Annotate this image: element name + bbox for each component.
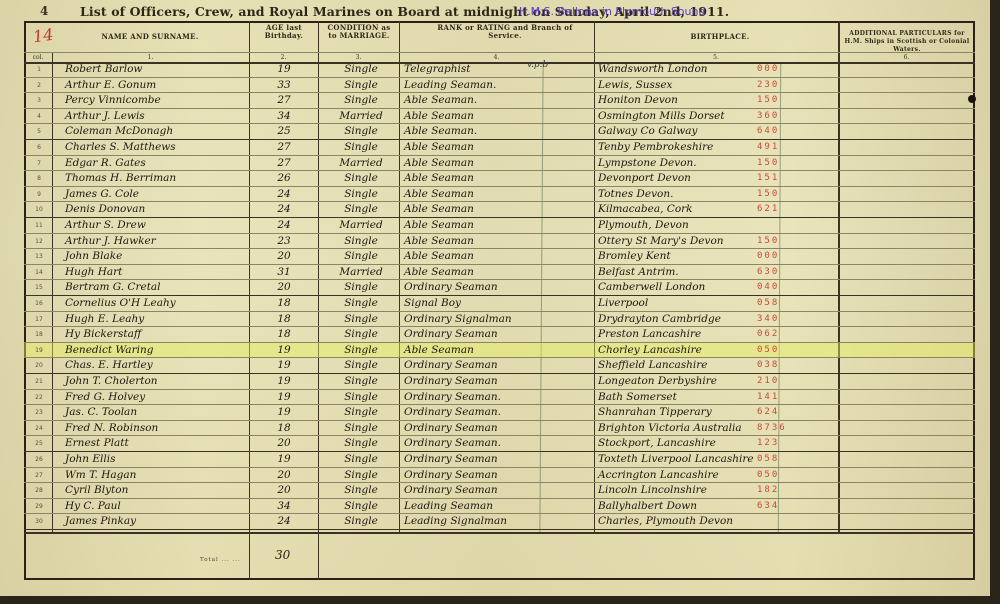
- colnum-4: 4.: [399, 54, 594, 61]
- row-number: 30: [26, 514, 52, 530]
- table-row: 17Hugh E. Leahy18SingleOrdinary Signalma…: [24, 312, 975, 328]
- table-row: 2Arthur E. Gonum33SingleLeading Seaman.L…: [24, 78, 975, 94]
- condition-cell: Single: [320, 436, 402, 452]
- margin-mark: 14: [32, 25, 55, 47]
- rank-cell: Able Seaman: [404, 140, 474, 156]
- age-cell: 34: [250, 109, 318, 125]
- age-cell: 27: [250, 93, 318, 109]
- rank-cell: Able Seaman.: [404, 93, 477, 109]
- age-cell: 19: [250, 390, 318, 406]
- condition-cell: Single: [320, 499, 402, 515]
- condition-cell: Single: [320, 124, 402, 140]
- condition-cell: Single: [320, 390, 402, 406]
- code-cell: 491: [757, 140, 779, 156]
- age-cell: 33: [250, 78, 318, 94]
- age-cell: 23: [250, 234, 318, 250]
- rank-cell: Able Seaman: [404, 202, 474, 218]
- total-rule: [24, 532, 975, 534]
- rank-cell: Ordinary Seaman: [404, 374, 498, 390]
- birthplace-cell: Bath Somerset: [598, 390, 677, 406]
- row-number: 20: [26, 358, 52, 374]
- rank-cell: Able Seaman: [404, 249, 474, 265]
- birthplace-cell: Longeaton Derbyshire: [598, 374, 717, 390]
- age-cell: 19: [250, 374, 318, 390]
- name-cell: Thomas H. Berriman: [65, 171, 176, 187]
- rank-cell: Ordinary Seaman.: [404, 390, 501, 406]
- total-value: 30: [275, 548, 290, 562]
- row-number: 18: [26, 327, 52, 343]
- condition-cell: Single: [320, 468, 402, 484]
- condition-cell: Single: [320, 452, 402, 468]
- age-cell: 18: [250, 421, 318, 437]
- name-cell: Chas. E. Hartley: [65, 358, 153, 374]
- birthplace-cell: Lewis, Sussex: [598, 78, 672, 94]
- age-cell: 24: [250, 514, 318, 530]
- name-cell: Robert Barlow: [65, 62, 142, 78]
- age-cell: 20: [250, 468, 318, 484]
- table-row: 20Chas. E. Hartley19SingleOrdinary Seama…: [24, 358, 975, 374]
- row-number: 28: [26, 483, 52, 499]
- row-number: 16: [26, 296, 52, 312]
- table-row: 28Cyril Blyton20SingleOrdinary SeamanLin…: [24, 483, 975, 499]
- name-cell: Ernest Platt: [65, 436, 129, 452]
- row-number: 8: [26, 171, 52, 187]
- code-cell: 621: [757, 202, 779, 218]
- rank-cell: Able Seaman: [404, 265, 474, 281]
- row-number: 12: [26, 234, 52, 250]
- rank-cell: Leading Seaman.: [404, 78, 496, 94]
- age-cell: 19: [250, 62, 318, 78]
- rank-cell: Able Seaman: [404, 171, 474, 187]
- table-row: 23Jas. C. Toolan19SingleOrdinary Seaman.…: [24, 405, 975, 421]
- birthplace-cell: Kilmacabea, Cork: [598, 202, 693, 218]
- colnum-5: 5.: [594, 54, 838, 61]
- condition-cell: Single: [320, 202, 402, 218]
- row-number: 27: [26, 468, 52, 484]
- row-rule: [24, 529, 975, 531]
- code-cell: 151: [757, 171, 779, 187]
- table-row: 16Cornelius O'H Leahy18SingleSignal BoyL…: [24, 296, 975, 312]
- rank-cell: Ordinary Seaman.: [404, 405, 501, 421]
- code-cell: 058: [757, 452, 779, 468]
- code-cell: 182: [757, 483, 779, 499]
- condition-cell: Single: [320, 483, 402, 499]
- table-row: 10Denis Donovan24SingleAble SeamanKilmac…: [24, 202, 975, 218]
- age-cell: 26: [250, 171, 318, 187]
- rank-cell: Able Seaman: [404, 343, 474, 359]
- condition-cell: Married: [320, 265, 402, 281]
- birthplace-cell: Galway Co Galway: [598, 124, 697, 140]
- name-cell: Hugh E. Leahy: [65, 312, 144, 328]
- name-cell: Hy C. Paul: [65, 499, 121, 515]
- rank-cell: Able Seaman: [404, 218, 474, 234]
- birthplace-cell: Preston Lancashire: [598, 327, 701, 343]
- header-rank: RANK or RATING and Branch of Service.: [420, 24, 590, 40]
- row-number: 6: [26, 140, 52, 156]
- row-number: 14: [26, 265, 52, 281]
- table-row: 15Bertram G. Cretal20SingleOrdinary Seam…: [24, 280, 975, 296]
- table-row: 14Hugh Hart31MarriedAble SeamanBelfast A…: [24, 265, 975, 281]
- condition-cell: Single: [320, 405, 402, 421]
- ship-label: H.M.S. Bellona in Plymouth Sound: [519, 5, 705, 18]
- header-birthplace: BIRTHPLACE.: [640, 33, 800, 41]
- table-row: 27Wm T. Hagan20SingleOrdinary SeamanAccr…: [24, 468, 975, 484]
- header-name: NAME AND SURNAME.: [60, 33, 240, 41]
- row-number: 2: [26, 78, 52, 94]
- table-row: 7Edgar R. Gates27MarriedAble SeamanLymps…: [24, 156, 975, 172]
- condition-cell: Single: [320, 312, 402, 328]
- rank-cell: Signal Boy: [404, 296, 461, 312]
- birthplace-cell: Tenby Pembrokeshire: [598, 140, 713, 156]
- rank-cell: Ordinary Seaman: [404, 468, 498, 484]
- condition-cell: Single: [320, 62, 402, 78]
- code-cell: 150: [757, 93, 779, 109]
- name-cell: Fred G. Holvey: [65, 390, 145, 406]
- name-cell: John Ellis: [65, 452, 116, 468]
- age-cell: 24: [250, 187, 318, 203]
- condition-cell: Single: [320, 421, 402, 437]
- age-cell: 24: [250, 218, 318, 234]
- name-cell: Fred N. Robinson: [65, 421, 158, 437]
- header-condition: CONDITION as to MARRIAGE.: [322, 24, 396, 40]
- condition-cell: Single: [320, 234, 402, 250]
- code-cell: 624: [757, 405, 779, 421]
- header-rule: [24, 52, 975, 53]
- code-cell: 050: [757, 343, 779, 359]
- name-cell: Arthur J. Lewis: [65, 109, 145, 125]
- name-cell: James Pinkay: [65, 514, 136, 530]
- birthplace-cell: Charles, Plymouth Devon: [598, 514, 733, 530]
- name-cell: Edgar R. Gates: [65, 156, 146, 172]
- row-number: 5: [26, 124, 52, 140]
- name-cell: Jas. C. Toolan: [65, 405, 137, 421]
- code-cell: 150: [757, 156, 779, 172]
- code-cell: 050: [757, 468, 779, 484]
- table-row: 25Ernest Platt20SingleOrdinary Seaman.St…: [24, 436, 975, 452]
- age-cell: 18: [250, 327, 318, 343]
- rownum-header: col.: [24, 54, 52, 61]
- birthplace-cell: Osmington Mills Dorset: [598, 109, 725, 125]
- age-cell: 20: [250, 249, 318, 265]
- row-number: 3: [26, 93, 52, 109]
- row-number: 7: [26, 156, 52, 172]
- age-cell: 20: [250, 280, 318, 296]
- name-cell: Arthur J. Hawker: [65, 234, 156, 250]
- birthplace-cell: Ottery St Mary's Devon: [598, 234, 724, 250]
- condition-cell: Single: [320, 78, 402, 94]
- birthplace-cell: Plymouth, Devon: [598, 218, 689, 234]
- table-row: 18Hy Bickerstaff18SingleOrdinary SeamanP…: [24, 327, 975, 343]
- age-cell: 19: [250, 452, 318, 468]
- condition-cell: Married: [320, 156, 402, 172]
- row-number: 26: [26, 452, 52, 468]
- age-cell: 31: [250, 265, 318, 281]
- rank-cell: Able Seaman.: [404, 124, 477, 140]
- table-row: 3Percy Vinnicombe27SingleAble Seaman.Hon…: [24, 93, 975, 109]
- birthplace-cell: Stockport, Lancashire: [598, 436, 716, 452]
- birthplace-cell: Sheffield Lancashire: [598, 358, 707, 374]
- table-row: 9James G. Cole24SingleAble SeamanTotnes …: [24, 187, 975, 203]
- birthplace-cell: Wandsworth London: [598, 62, 708, 78]
- name-cell: Benedict Waring: [65, 343, 153, 359]
- row-number: 29: [26, 499, 52, 515]
- birthplace-cell: Liverpool: [598, 296, 648, 312]
- row-number: 24: [26, 421, 52, 437]
- birthplace-cell: Accrington Lancashire: [598, 468, 719, 484]
- name-cell: Cornelius O'H Leahy: [65, 296, 176, 312]
- table-row: 6Charles S. Matthews27SingleAble SeamanT…: [24, 140, 975, 156]
- code-cell: 230: [757, 78, 779, 94]
- condition-cell: Single: [320, 374, 402, 390]
- code-cell: 150: [757, 187, 779, 203]
- age-cell: 19: [250, 358, 318, 374]
- colnum-6: 6.: [838, 54, 975, 61]
- colnum-3: 3.: [318, 54, 399, 61]
- row-number: 1: [26, 62, 52, 78]
- birthplace-cell: Shanrahan Tipperary: [598, 405, 712, 421]
- age-cell: 34: [250, 499, 318, 515]
- rank-cell: Able Seaman: [404, 156, 474, 172]
- table-row: 4Arthur J. Lewis34MarriedAble SeamanOsmi…: [24, 109, 975, 125]
- row-number: 10: [26, 202, 52, 218]
- condition-cell: Single: [320, 171, 402, 187]
- code-cell: 634: [757, 499, 779, 515]
- ink-blot: [968, 95, 976, 103]
- name-cell: Percy Vinnicombe: [65, 93, 161, 109]
- birthplace-cell: Honiton Devon: [598, 93, 678, 109]
- condition-cell: Single: [320, 280, 402, 296]
- rank-cell: Ordinary Seaman: [404, 280, 498, 296]
- row-number: 4: [26, 109, 52, 125]
- birthplace-cell: Drydrayton Cambridge: [598, 312, 721, 328]
- rank-cell: Leading Signalman: [404, 514, 507, 530]
- code-cell: 000: [757, 249, 779, 265]
- name-cell: John Blake: [65, 249, 122, 265]
- table-row: 12Arthur J. Hawker23SingleAble SeamanOtt…: [24, 234, 975, 250]
- code-cell: 150: [757, 234, 779, 250]
- condition-cell: Single: [320, 249, 402, 265]
- condition-cell: Married: [320, 218, 402, 234]
- rank-cell: Ordinary Seaman.: [404, 436, 501, 452]
- name-cell: Wm T. Hagan: [65, 468, 136, 484]
- code-cell: 8736: [757, 421, 787, 437]
- table-row: 22Fred G. Holvey19SingleOrdinary Seaman.…: [24, 390, 975, 406]
- birthplace-cell: Belfast Antrim.: [598, 265, 679, 281]
- condition-cell: Single: [320, 358, 402, 374]
- code-cell: 062: [757, 327, 779, 343]
- table-row: 21John T. Cholerton19SingleOrdinary Seam…: [24, 374, 975, 390]
- row-number: 21: [26, 374, 52, 390]
- rank-cell: Ordinary Seaman: [404, 327, 498, 343]
- condition-cell: Single: [320, 93, 402, 109]
- age-cell: 18: [250, 296, 318, 312]
- colnum-1: 1.: [52, 54, 249, 61]
- row-number: 9: [26, 187, 52, 203]
- birthplace-cell: Chorley Lancashire: [598, 343, 702, 359]
- code-cell: 123: [757, 436, 779, 452]
- rank-cell: Ordinary Signalman: [404, 312, 512, 328]
- code-cell: 360: [757, 109, 779, 125]
- name-cell: John T. Cholerton: [65, 374, 158, 390]
- condition-cell: Single: [320, 327, 402, 343]
- birthplace-cell: Lympstone Devon.: [598, 156, 697, 172]
- page-number: 4: [40, 4, 48, 18]
- age-cell: 25: [250, 124, 318, 140]
- age-cell: 20: [250, 436, 318, 452]
- row-number: 17: [26, 312, 52, 328]
- row-number: 19: [26, 343, 52, 359]
- name-cell: Denis Donovan: [65, 202, 145, 218]
- table-row: 29Hy C. Paul34SingleLeading SeamanBallyh…: [24, 499, 975, 515]
- header-age: AGE last Birthday.: [252, 24, 316, 40]
- birthplace-cell: Devonport Devon: [598, 171, 691, 187]
- condition-cell: Married: [320, 109, 402, 125]
- condition-cell: Single: [320, 514, 402, 530]
- code-cell: 141: [757, 390, 779, 406]
- birthplace-cell: Lincoln Lincolnshire: [598, 483, 707, 499]
- birthplace-cell: Totnes Devon.: [598, 187, 673, 203]
- age-cell: 20: [250, 483, 318, 499]
- age-cell: 27: [250, 156, 318, 172]
- table-row: 26John Ellis19SingleOrdinary SeamanToxte…: [24, 452, 975, 468]
- row-number: 11: [26, 218, 52, 234]
- code-cell: 040: [757, 280, 779, 296]
- name-cell: James G. Cole: [65, 187, 139, 203]
- condition-cell: Single: [320, 140, 402, 156]
- census-page: 4 List of Officers, Crew, and Royal Mari…: [0, 0, 990, 596]
- row-number: 23: [26, 405, 52, 421]
- rank-cell: Ordinary Seaman: [404, 483, 498, 499]
- name-cell: Hugh Hart: [65, 265, 122, 281]
- birthplace-cell: Camberwell London: [598, 280, 705, 296]
- name-cell: Charles S. Matthews: [65, 140, 176, 156]
- name-cell: Arthur S. Drew: [65, 218, 146, 234]
- rank-cell: Able Seaman: [404, 109, 474, 125]
- table-row: 1Robert Barlow19SingleTelegraphistWandsw…: [24, 62, 975, 78]
- colnum-2: 2.: [249, 54, 318, 61]
- name-cell: Coleman McDonagh: [65, 124, 173, 140]
- row-number: 22: [26, 390, 52, 406]
- age-cell: 19: [250, 405, 318, 421]
- row-number: 25: [26, 436, 52, 452]
- code-cell: 640: [757, 124, 779, 140]
- rank-cell: Ordinary Seaman: [404, 421, 498, 437]
- age-cell: 18: [250, 312, 318, 328]
- condition-cell: Single: [320, 296, 402, 312]
- condition-cell: Single: [320, 343, 402, 359]
- table-row: 19Benedict Waring19SingleAble SeamanChor…: [24, 343, 975, 359]
- header-additional: ADDITIONAL PARTICULARS for H.M. Ships in…: [842, 30, 972, 54]
- rank-cell: Ordinary Seaman: [404, 452, 498, 468]
- code-cell: 038: [757, 358, 779, 374]
- table-row: 11Arthur S. Drew24MarriedAble SeamanPlym…: [24, 218, 975, 234]
- birthplace-cell: Ballyhalbert Down: [598, 499, 697, 515]
- table-row: 24Fred N. Robinson18SingleOrdinary Seama…: [24, 421, 975, 437]
- row-number: 15: [26, 280, 52, 296]
- name-cell: Arthur E. Gonum: [65, 78, 156, 94]
- rank-cell: Able Seaman: [404, 187, 474, 203]
- code-cell: 058: [757, 296, 779, 312]
- rank-cell: Telegraphist: [404, 62, 470, 78]
- name-cell: Cyril Blyton: [65, 483, 128, 499]
- code-cell: 340: [757, 312, 779, 328]
- age-cell: 19: [250, 343, 318, 359]
- name-cell: Hy Bickerstaff: [65, 327, 141, 343]
- rank-cell: Ordinary Seaman: [404, 358, 498, 374]
- name-cell: Bertram G. Cretal: [65, 280, 161, 296]
- table-row: 30James Pinkay24SingleLeading SignalmanC…: [24, 514, 975, 530]
- rank-cell: Able Seaman: [404, 234, 474, 250]
- row-number: 13: [26, 249, 52, 265]
- birthplace-cell: Bromley Kent: [598, 249, 671, 265]
- age-cell: 24: [250, 202, 318, 218]
- code-cell: 630: [757, 265, 779, 281]
- table-row: 5Coleman McDonagh25SingleAble Seaman.Gal…: [24, 124, 975, 140]
- age-cell: 27: [250, 140, 318, 156]
- total-label: Total ... ...: [200, 557, 241, 563]
- code-cell: 210: [757, 374, 779, 390]
- birthplace-cell: Toxteth Liverpool Lancashire: [598, 452, 754, 468]
- condition-cell: Single: [320, 187, 402, 203]
- birthplace-cell: Brighton Victoria Australia: [598, 421, 742, 437]
- table-row: 8Thomas H. Berriman26SingleAble SeamanDe…: [24, 171, 975, 187]
- rank-cell: Leading Seaman: [404, 499, 493, 515]
- code-cell: 000: [757, 62, 779, 78]
- table-row: 13John Blake20SingleAble SeamanBromley K…: [24, 249, 975, 265]
